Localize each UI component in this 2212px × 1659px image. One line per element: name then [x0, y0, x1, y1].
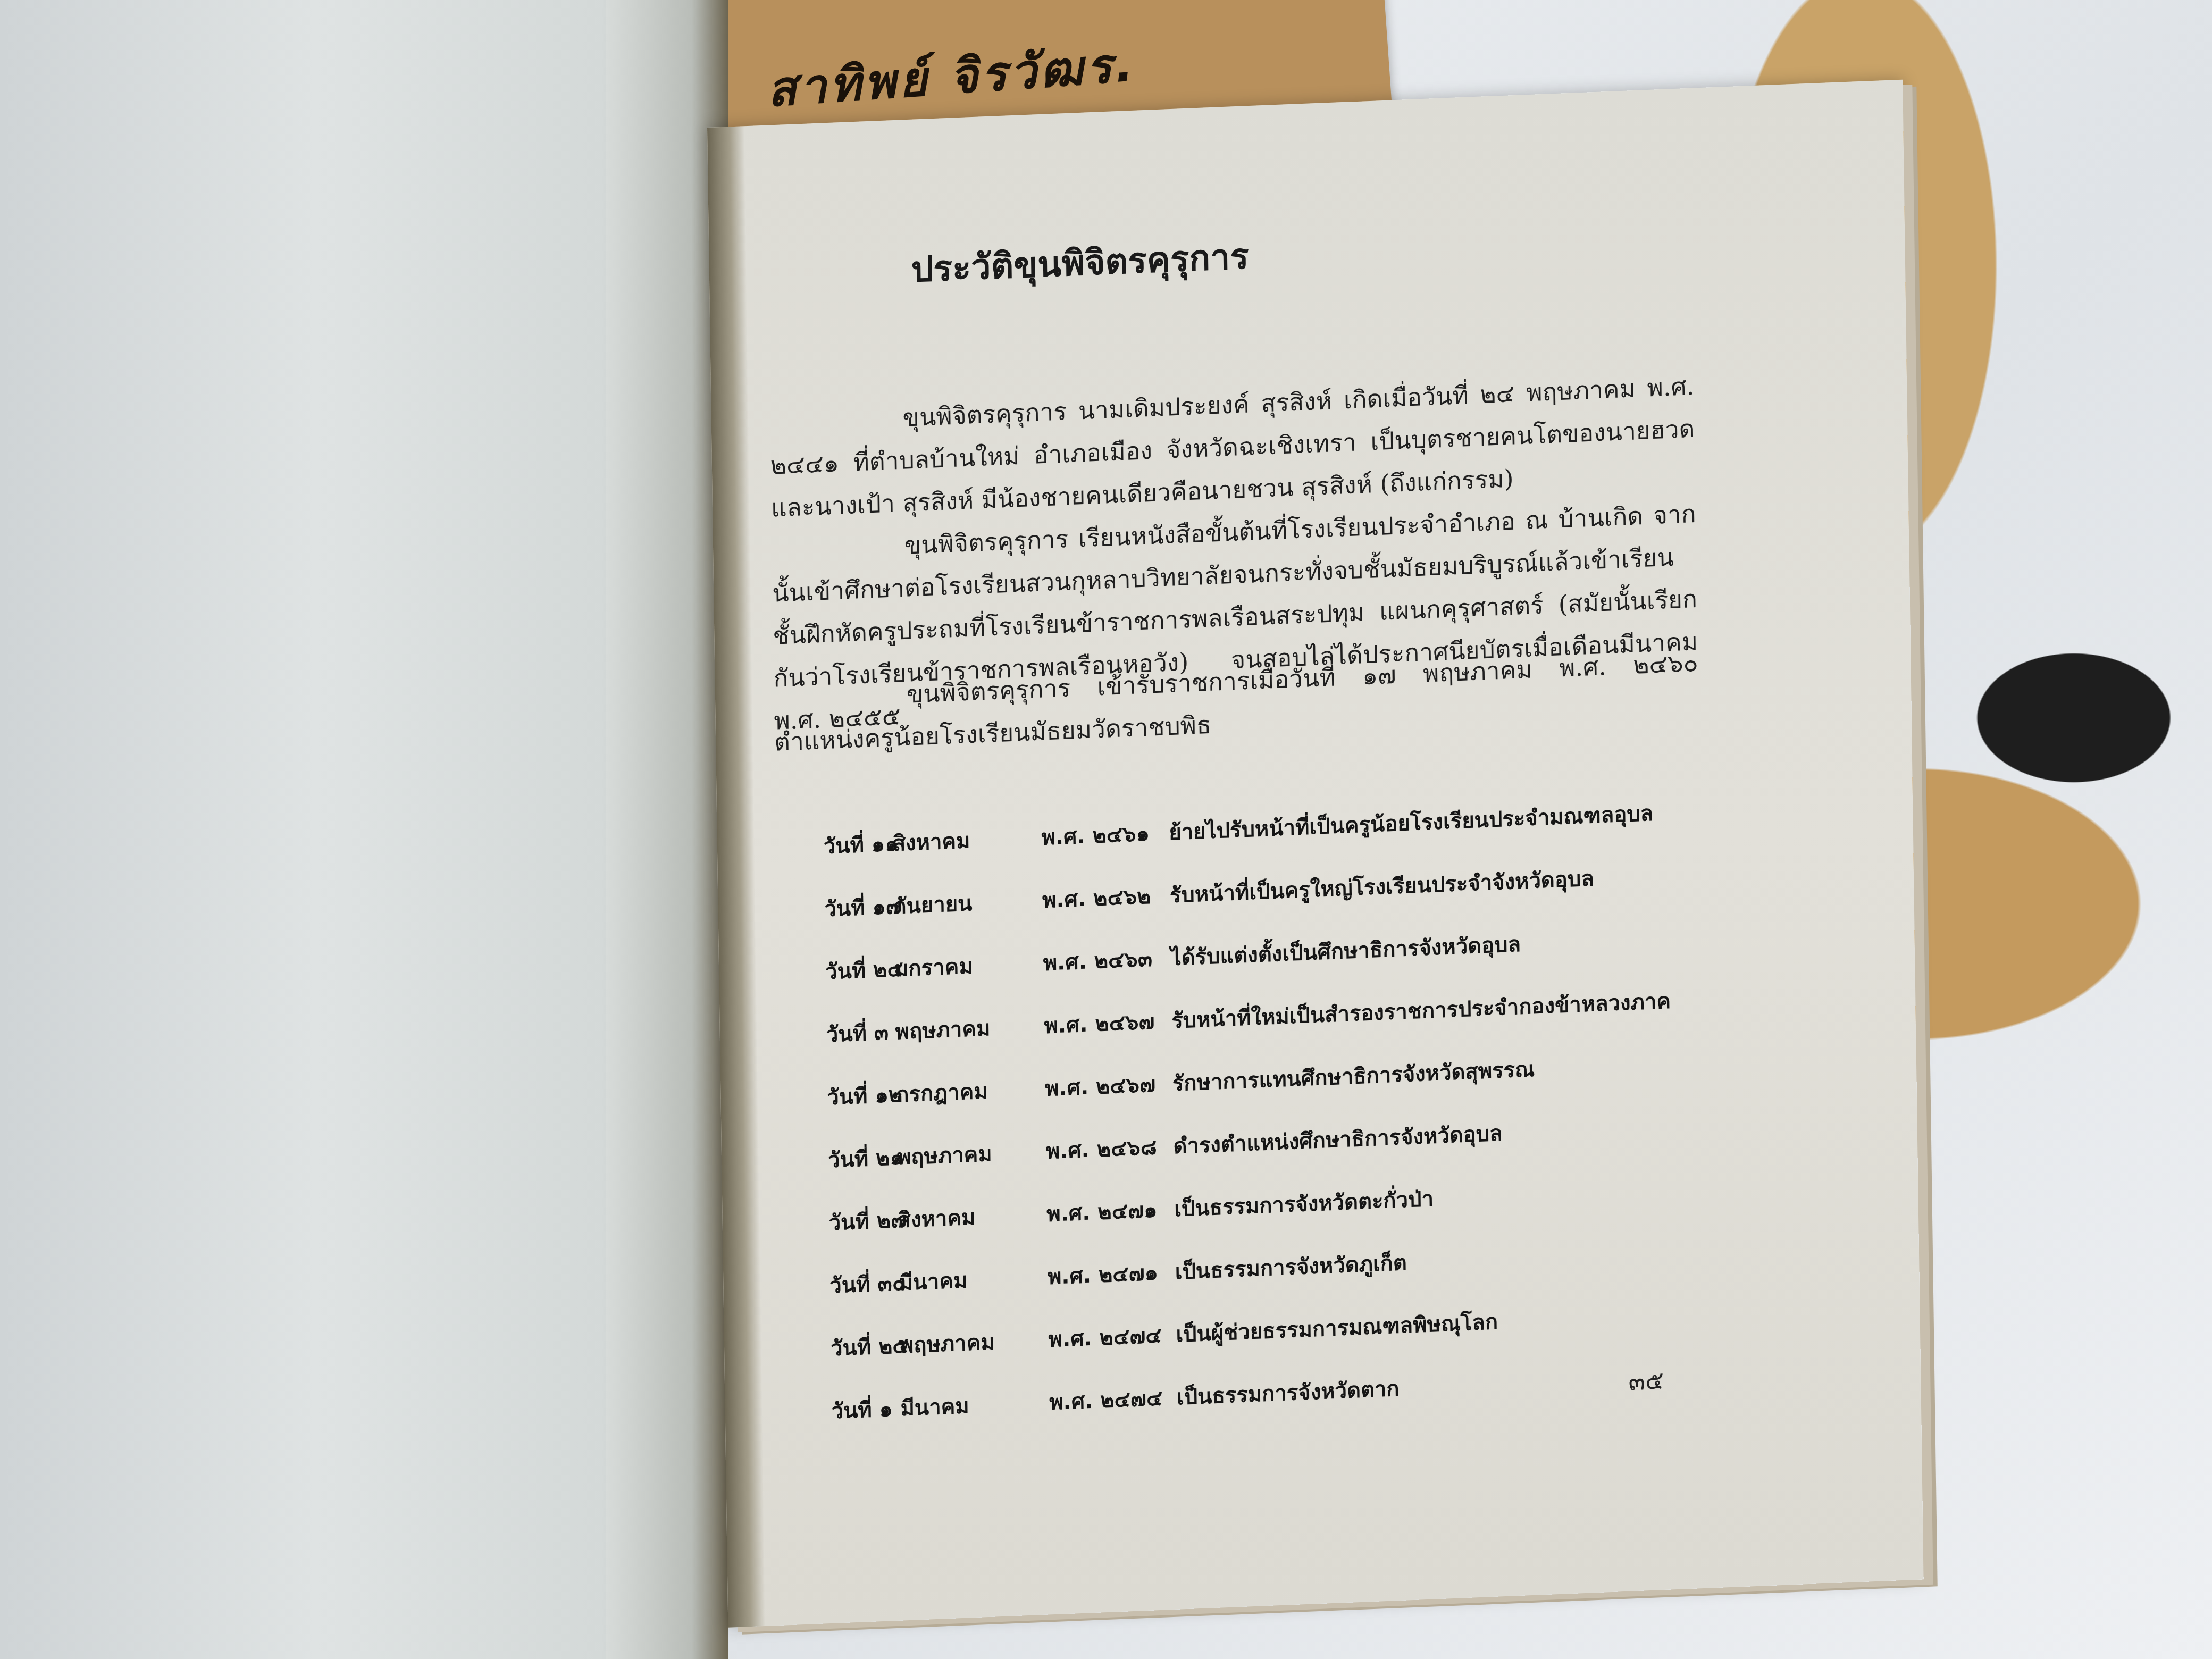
- career-timeline: วันที่ ๑๑ สิงหาคม พ.ศ. ๒๔๖๑ ย้ายไปรับหน้…: [823, 777, 1762, 1443]
- entry-year: พ.ศ. ๒๔๗๔: [1048, 1317, 1176, 1356]
- indent: [772, 554, 904, 559]
- entry-year: พ.ศ. ๒๔๗๑: [1048, 1254, 1176, 1294]
- entry-month: พฤษภาคม: [895, 1009, 1044, 1049]
- entry-day: วันที่ ๓๐: [829, 1266, 899, 1302]
- entry-day: วันที่ ๑: [831, 1391, 901, 1428]
- entry-description: เป็นธรรมการจังหวัดตะกั่วป่า: [1174, 1168, 1759, 1226]
- entry-month: มีนาคม: [899, 1260, 1048, 1300]
- indent: [774, 703, 907, 708]
- entry-month: พฤษภาคม: [899, 1322, 1049, 1362]
- entry-day: วันที่ ๑๑: [823, 826, 893, 863]
- left-blank-page: [0, 0, 707, 1659]
- entry-day: วันที่ ๓: [826, 1015, 895, 1051]
- entry-day: วันที่ ๒๔: [825, 952, 895, 988]
- entry-description: ย้ายไปรับหน้าที่เป็นครูน้อยโรงเรียนประจำ…: [1169, 792, 1754, 849]
- entry-day: วันที่ ๑๒: [827, 1077, 896, 1114]
- page-number: ๓๕: [1628, 1361, 1664, 1402]
- entry-description: รักษาการแทนศึกษาธิการจังหวัดสุพรรณ: [1172, 1043, 1757, 1100]
- page-title: ประวัติขุนพิจิตรคุรุการ: [911, 228, 1249, 298]
- entry-description: เป็นธรรมการจังหวัดภูเก็ต: [1175, 1231, 1759, 1288]
- entry-day: วันที่ ๒๕: [831, 1328, 900, 1365]
- entry-day: วันที่ ๒๗: [828, 1203, 898, 1239]
- entry-month: สิงหาคม: [892, 820, 1042, 860]
- entry-month: พฤษภาคม: [897, 1134, 1046, 1174]
- entry-year: พ.ศ. ๒๔๖๒: [1042, 878, 1170, 917]
- entry-year: พ.ศ. ๒๔๗๑: [1046, 1192, 1175, 1231]
- entry-day: วันที่ ๒๑: [828, 1140, 898, 1177]
- entry-year: พ.ศ. ๒๔๖๑: [1041, 815, 1169, 854]
- entry-month: กันยายน: [893, 883, 1043, 923]
- entry-description: รับหน้าที่เป็นครูใหญ่โรงเรียนประจำจังหวั…: [1169, 854, 1754, 912]
- entry-description: เป็นธรรมการจังหวัดตาก: [1177, 1356, 1762, 1414]
- entry-description: ดำรงตำแหน่งศึกษาธิการจังหวัดอุบล: [1173, 1105, 1758, 1163]
- entry-year: พ.ศ. ๒๔๖๗: [1045, 1066, 1173, 1105]
- entry-year: พ.ศ. ๒๔๖๓: [1043, 941, 1171, 980]
- entry-day: วันที่ ๑๗: [824, 889, 894, 926]
- entry-month: กรกฎาคม: [896, 1071, 1045, 1111]
- entry-year: พ.ศ. ๒๔๗๔: [1049, 1380, 1177, 1419]
- entry-year: พ.ศ. ๒๔๖๘: [1045, 1129, 1174, 1168]
- entry-month: สิงหาคม: [898, 1197, 1047, 1237]
- entry-month: มีนาคม: [900, 1385, 1050, 1425]
- entry-description: ได้รับแต่งตั้งเป็นศึกษาธิการจังหวัดอุบล: [1170, 917, 1755, 975]
- entry-description: รับหน้าที่ใหม่เป็นสำรองราชการประจำกองข้า…: [1171, 980, 1756, 1037]
- entry-description: เป็นผู้ช่วยธรรมการมณฑลพิษณุโลก: [1176, 1294, 1761, 1351]
- book-page: ประวัติขุนพิจิตรคุรุการ ขุนพิจิตรคุรุการ…: [707, 80, 1924, 1628]
- indent: [770, 426, 903, 432]
- entry-month: มกราคม: [894, 946, 1044, 986]
- entry-year: พ.ศ. ๒๔๖๗: [1044, 1003, 1172, 1043]
